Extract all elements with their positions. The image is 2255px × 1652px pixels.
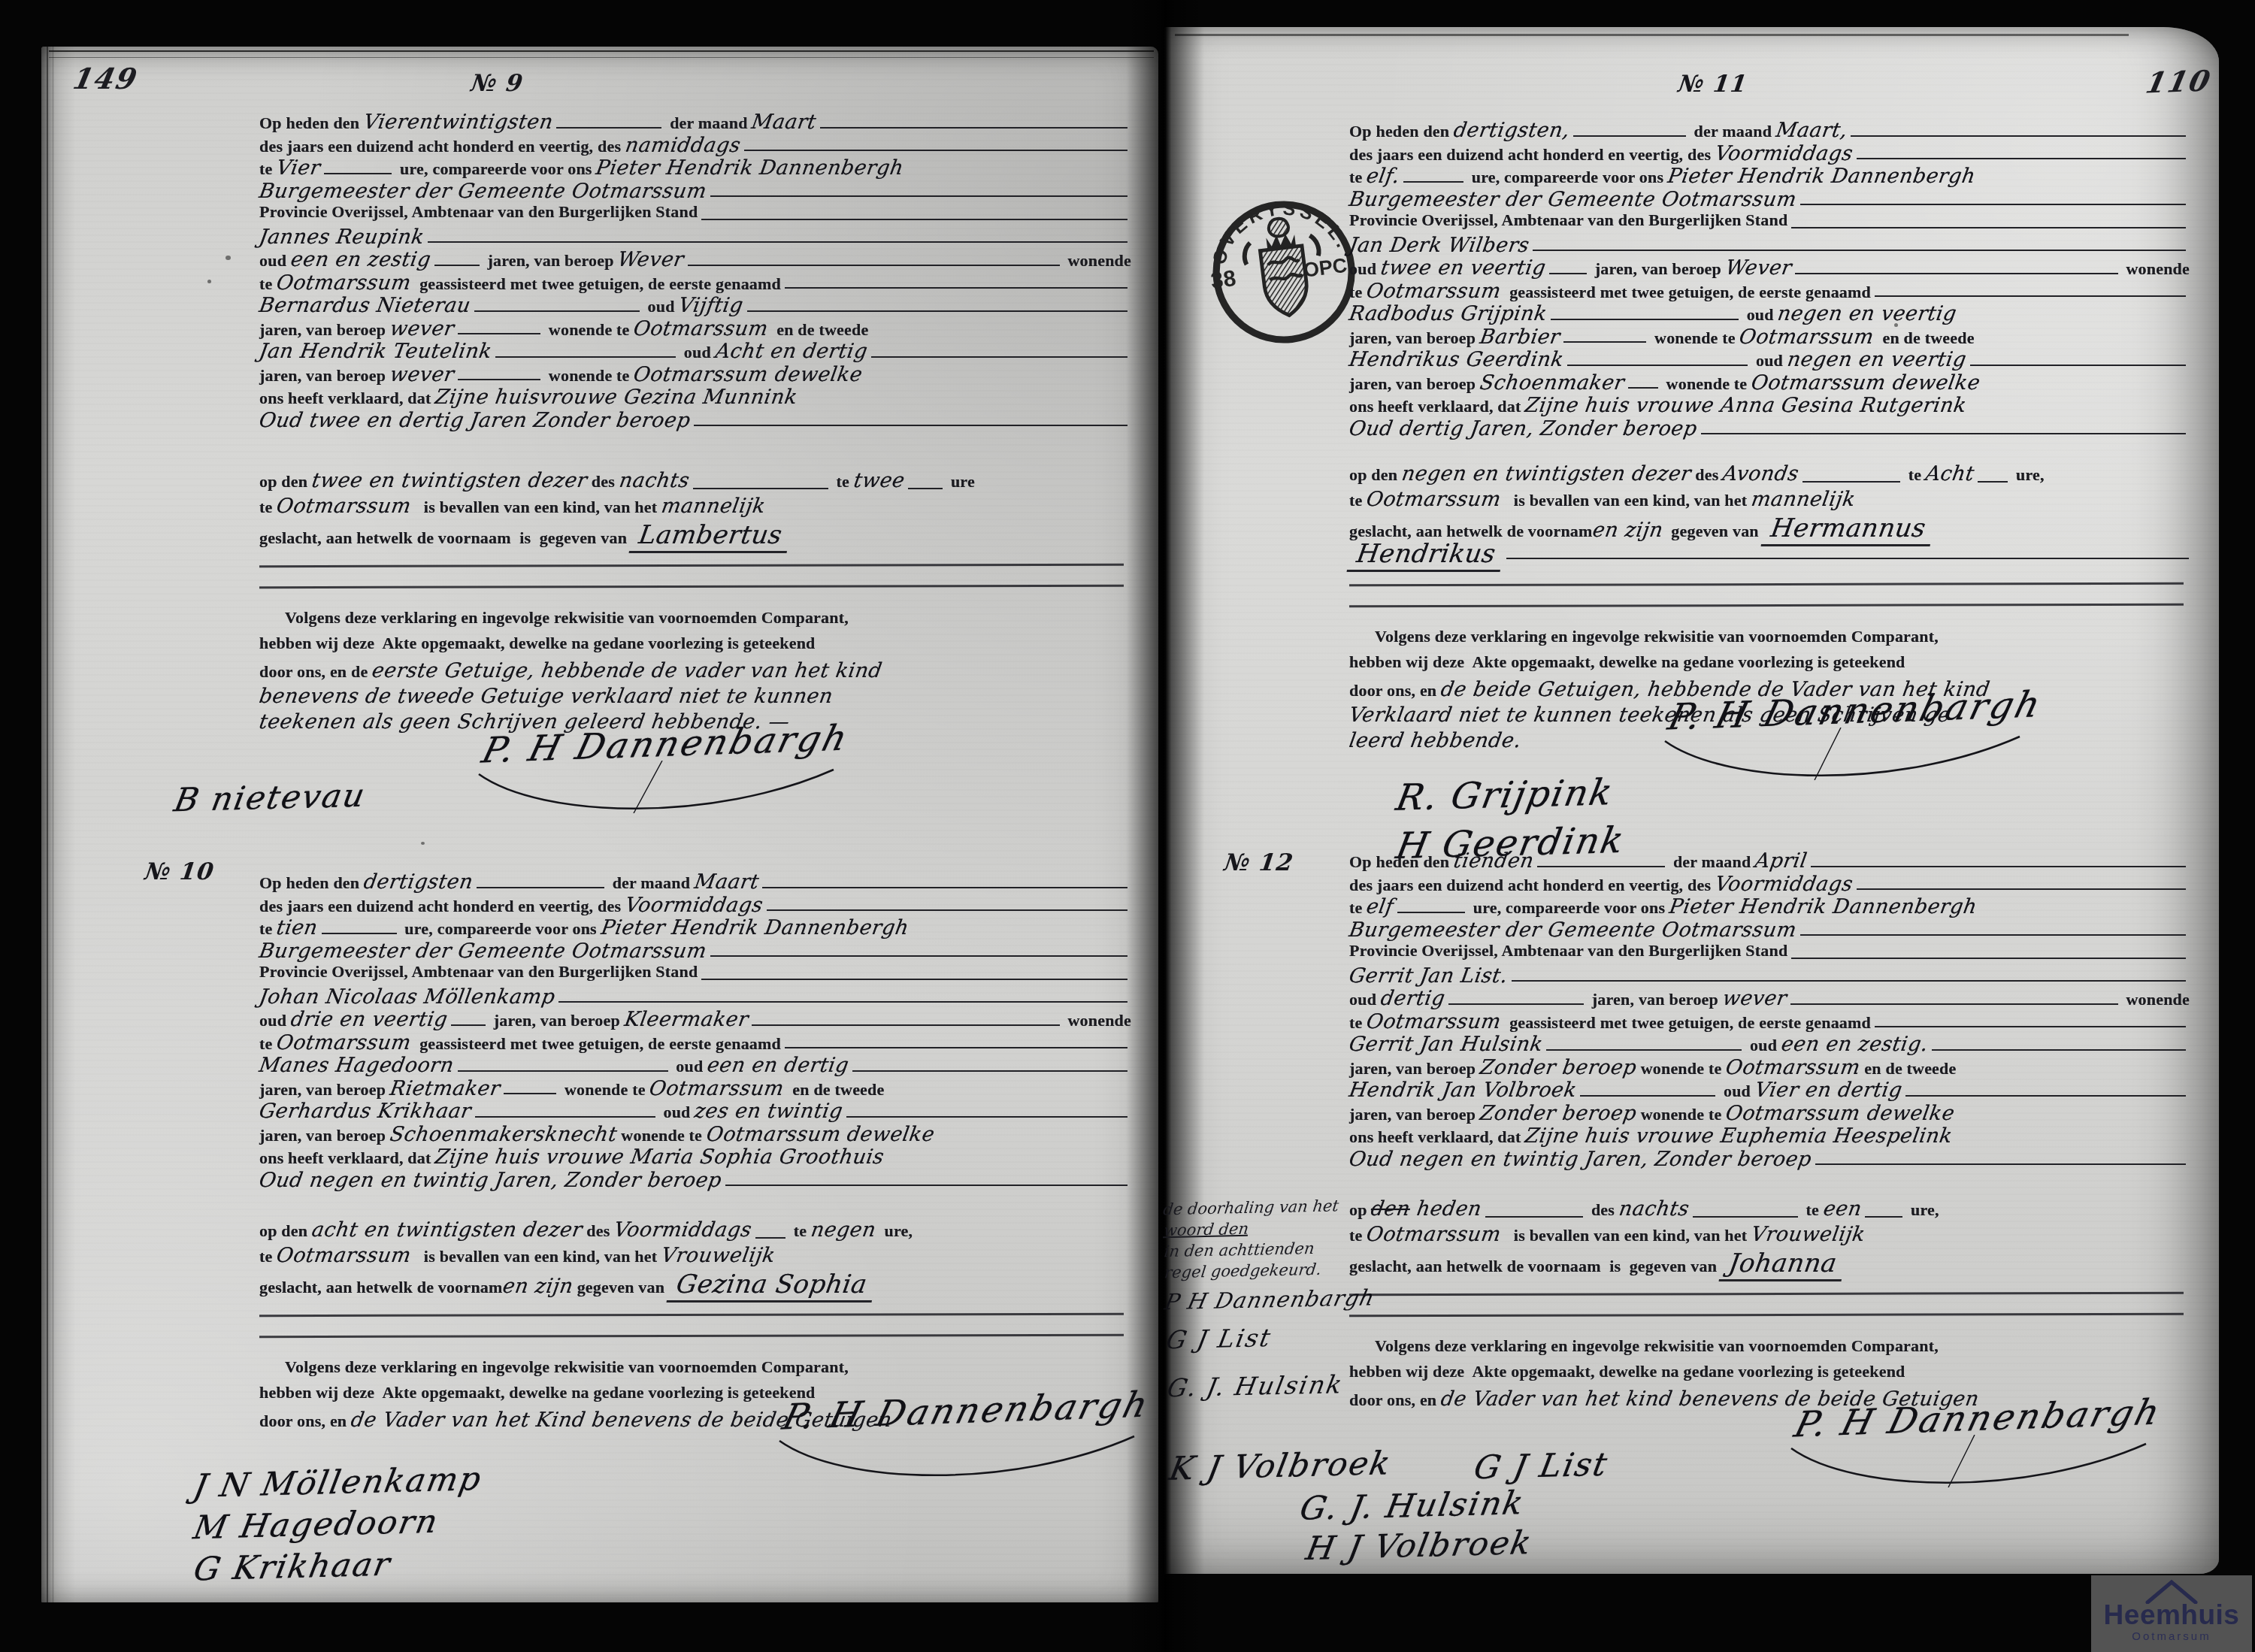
fill-rule-line xyxy=(477,887,604,888)
fill-rule-line xyxy=(434,265,480,266)
fill-rule-line xyxy=(1397,912,1465,913)
text-segment: Ootmarssum xyxy=(1365,488,1503,511)
text-segment: Zonder beroep xyxy=(1478,1102,1638,1125)
fill-rule-line xyxy=(1485,1216,1583,1218)
text-segment: een en zestig. xyxy=(1779,1033,1930,1056)
text-segment: des xyxy=(587,472,619,492)
fill-rule-line xyxy=(1800,204,2186,205)
birth-line: te Ootmarssum is bevallen van een kind, … xyxy=(1349,488,2193,513)
text-segment: ure, xyxy=(1906,1200,1939,1220)
fill-rule-line xyxy=(1563,341,1646,343)
text-segment: eerste Getuige, hebbende de vader van he… xyxy=(371,659,884,682)
text-segment: te xyxy=(832,472,854,492)
text-segment: Provincie Overijssel, Ambtenaar van den … xyxy=(1349,210,1787,230)
text-segment: dewelke xyxy=(1884,371,1981,395)
text-segment: des xyxy=(1587,1200,1619,1220)
text-segment: te xyxy=(1802,1200,1824,1220)
text-segment: Ootmarssum xyxy=(648,1077,785,1100)
fill-rule-line xyxy=(908,488,943,489)
dust-speck xyxy=(207,280,211,283)
act-line: Op heden den dertigsten der maand Maart xyxy=(259,870,1131,894)
signature-row: G Krikhaar xyxy=(195,1548,1135,1590)
text-segment: geassisteerd met twee getuigen, de eerst… xyxy=(411,274,781,294)
act-number: № 11 xyxy=(1676,71,1749,98)
text-segment: een xyxy=(1821,1197,1863,1221)
act-line: Gerhardus Krikhaar oud zes en twintig xyxy=(259,1100,1131,1123)
text-segment: Zonder beroep xyxy=(1478,1056,1638,1079)
text-segment: Pieter Hendrik Dannenbergh xyxy=(1666,165,1977,188)
text-segment: te xyxy=(259,159,277,179)
signature-row: G. J. Hulsink xyxy=(1301,1487,2193,1527)
text-segment: wonende te xyxy=(617,1126,707,1145)
text-segment: ons heeft verklaard, dat xyxy=(259,1148,435,1168)
text-segment: gegeven van xyxy=(573,1278,669,1297)
text-segment: jaren, van beroep xyxy=(259,1080,390,1100)
fill-rule-line xyxy=(744,150,1127,151)
text-segment: Maart, xyxy=(1774,119,1849,142)
birth-act-11: № 11 Op heden den dertigsten, der maand … xyxy=(1349,75,2193,870)
text-segment: negen en veertig xyxy=(1785,348,1968,371)
birth-act-12: № 12 Op heden den tienden der maand Apri… xyxy=(1349,849,2193,1567)
fill-rule-line xyxy=(1811,866,2186,867)
birth-line: op den negen en twintigsten dezer des Av… xyxy=(1349,462,2193,488)
text-segment: Ootmarssum xyxy=(275,1244,413,1267)
text-segment: Burgemeester der Gemeente Ootmarssum xyxy=(258,180,709,203)
text-segment: dewelke xyxy=(1858,1102,1956,1125)
text-segment: Maart xyxy=(750,110,819,134)
text-segment: oud xyxy=(672,1057,707,1076)
text-segment: wonende te xyxy=(544,366,634,386)
text-segment: te xyxy=(1349,283,1367,302)
text-segment: door ons, en xyxy=(1349,681,1441,700)
dust-speck xyxy=(225,256,231,260)
birth-act-9: № 9 Op heden den Vierentwintigsten der m… xyxy=(259,71,1135,821)
text-segment: Volgens deze verklaring en ingevolge rek… xyxy=(1375,627,1939,646)
fill-rule-line xyxy=(558,1001,1127,1003)
fill-rule-line xyxy=(428,241,1127,243)
watermark-subtitle: Ootmarsum xyxy=(2132,1630,2211,1643)
act-line: Burgemeester der Gemeente Ootmarssum xyxy=(1349,188,2190,211)
act-line: ons heeft verklaard, dat Zijne huisvrouw… xyxy=(259,386,1131,409)
separator-rule xyxy=(259,585,1124,588)
act-line: Gerrit Jan Hulsink oud een en zestig. xyxy=(1349,1033,2190,1056)
text-segment: geassisteerd met twee getuigen, de eerst… xyxy=(1501,283,1871,302)
act-line: Provincie Overijssel, Ambtenaar van den … xyxy=(1349,210,2190,234)
heemhuis-watermark: Heemhuis Ootmarsum xyxy=(2091,1575,2252,1652)
fill-rule-line xyxy=(694,425,1127,426)
text-segment: Pieter Hendrik Dannenbergh xyxy=(1667,895,1978,918)
text-segment: dertig xyxy=(1379,987,1446,1010)
stamp-right-text: OPC xyxy=(1302,254,1348,282)
signature: G. J. Hulsink xyxy=(1297,1484,1528,1528)
text-segment: Ootmarssum xyxy=(1365,280,1503,303)
fill-rule-line xyxy=(1791,227,2186,228)
text-segment: tien xyxy=(275,916,319,939)
text-segment: elf xyxy=(1365,895,1396,918)
text-segment: Wever xyxy=(1724,256,1793,280)
act-line: te elf. ure, compareerde voor ons Pieter… xyxy=(1349,165,2190,188)
official-signature: P. H Dannenbargh xyxy=(785,1390,1176,1480)
text-segment: Volgens deze verklaring en ingevolge rek… xyxy=(285,608,849,628)
text-segment: en de tweede xyxy=(1860,1059,1957,1079)
fill-rule-line xyxy=(556,127,661,129)
text-segment: der maand xyxy=(1669,852,1755,872)
text-segment: oud xyxy=(680,343,715,362)
closing-line: benevens de tweede Getuige verklaard nie… xyxy=(259,685,1135,710)
text-segment: Op heden den xyxy=(1349,852,1454,872)
text-segment: te xyxy=(259,919,277,939)
act-line: des jaars een duizend acht honderd en ve… xyxy=(259,894,1131,917)
text-segment: ons heeft verklaard, dat xyxy=(259,389,435,408)
text-segment: wonende te xyxy=(1662,374,1751,394)
signature: G. J. Hulsink xyxy=(1164,1369,1397,1411)
fill-rule-line xyxy=(688,265,1060,266)
text-segment: dertigsten, xyxy=(1451,119,1571,142)
text-segment: Gerrit Jan Hulsink xyxy=(1348,1033,1545,1056)
act-line: te Ootmarssum geassisteerd met twee getu… xyxy=(259,1031,1131,1054)
fill-rule-line xyxy=(1857,888,2186,890)
text-segment: dewelke xyxy=(839,1123,937,1146)
fill-rule-line xyxy=(710,195,1127,197)
closing-line: Volgens deze verklaring en ingevolge rek… xyxy=(259,1357,1135,1383)
text-segment: nachts xyxy=(1617,1197,1690,1221)
text-segment: Vijftig xyxy=(677,294,746,317)
text-segment: Kleermaker xyxy=(622,1008,750,1031)
text-segment: jaren, van beroep xyxy=(259,1126,390,1145)
birth-statement: op den negen en twintigsten dezer des Av… xyxy=(1349,462,2193,564)
signature: R. Grijpink xyxy=(1393,771,1617,818)
text-segment: zes en twintig xyxy=(693,1100,845,1123)
text-segment: Johan Nicolaas Möllenkamp xyxy=(258,985,557,1009)
text-segment: oud xyxy=(1349,990,1381,1009)
act-line: te Ootmarssum geassisteerd met twee getu… xyxy=(1349,280,2190,303)
signature: P. H Dannenbargh xyxy=(1664,683,2047,738)
fill-rule-line xyxy=(1865,1216,1902,1218)
fill-rule-line xyxy=(1790,1003,2118,1005)
act-line: te tien ure, compareerde voor ons Pieter… xyxy=(259,916,1131,939)
fill-rule-line xyxy=(458,333,540,334)
text-segment: te xyxy=(259,1034,277,1054)
fill-rule-line xyxy=(820,127,1127,129)
act-number: № 12 xyxy=(1222,849,1295,876)
fill-rule-line xyxy=(451,1024,486,1026)
signature: G Krikhaar xyxy=(191,1546,395,1589)
roof-icon xyxy=(2145,1578,2198,1604)
fill-rule-line xyxy=(475,1116,655,1118)
text-segment: wonende te xyxy=(1636,1105,1726,1124)
closing-line: door ons, en de eerste Getuige, hebbende… xyxy=(259,659,1135,685)
text-segment: Ootmarssum xyxy=(632,317,770,340)
birth-statement: op den acht en twintigsten dezer des Voo… xyxy=(259,1218,1135,1295)
act-line: Oud negen en twintig Jaren, Zonder beroe… xyxy=(259,1169,1131,1192)
margin-note-text: de doorhaling van hetwoord denin den ach… xyxy=(1163,1196,1390,1284)
text-segment: te xyxy=(259,1247,277,1266)
text-segment: Provincie Overijssel, Ambtenaar van den … xyxy=(259,962,698,982)
text-segment: wonende te xyxy=(560,1080,649,1100)
text-segment: te xyxy=(259,274,277,294)
text-segment: Schoenmaker xyxy=(1478,371,1626,395)
signature: B nietevau xyxy=(171,777,369,820)
birth-line: geslacht, aan hetwelk de voornamen zijn … xyxy=(1349,513,2193,539)
text-segment: Burgemeester der Gemeente Ootmarssum xyxy=(1348,188,1799,211)
text-segment: geassisteerd met twee getuigen, de eerst… xyxy=(411,1034,781,1054)
separator-rules xyxy=(1349,1293,2193,1316)
text-segment: wever xyxy=(388,317,456,340)
text-segment: ure, xyxy=(876,1221,913,1241)
act-line: Oud dertig Jaren, Zonder beroep xyxy=(1349,417,2190,440)
birth-act-10: № 10 Op heden den dertigsten der maand M… xyxy=(259,870,1135,1590)
text-segment: Radbodus Grijpink xyxy=(1348,302,1549,325)
fill-rule-line xyxy=(495,356,676,358)
text-segment: op den xyxy=(259,1221,312,1241)
text-segment: Ootmarssum xyxy=(275,1031,413,1054)
text-segment: Burgemeester der Gemeente Ootmarssum xyxy=(258,939,709,963)
fill-rule-line xyxy=(785,287,1127,289)
text-segment: Burgemeester der Gemeente Ootmarssum xyxy=(1348,918,1799,942)
text-segment: ure, compareerde voor ons xyxy=(1467,168,1668,187)
text-segment: oud xyxy=(1751,351,1787,371)
text-segment: geslacht, aan hetwelk de voornam xyxy=(259,1278,503,1297)
fill-rule-line xyxy=(1506,558,2189,559)
birth-line: geslacht, aan hetwelk de voornaam is geg… xyxy=(259,520,1135,546)
text-segment: wever xyxy=(388,363,456,386)
text-segment: hebben wij deze Akte opgemaakt, dewelke … xyxy=(259,634,816,653)
act-line: Oud twee en dertig Jaren Zonder beroep xyxy=(259,409,1131,432)
separator-rule xyxy=(259,1334,1124,1338)
text-segment: Volgens deze verklaring en ingevolge rek… xyxy=(1375,1336,1939,1356)
separator-rule xyxy=(1349,582,2184,586)
text-segment: Oud twee en dertig Jaren Zonder beroep xyxy=(258,409,692,432)
text-segment: Ootmarssum xyxy=(1750,371,1887,395)
text-segment: oud xyxy=(643,297,679,316)
text-segment: is bevallen van een kind, van het xyxy=(411,498,661,517)
text-segment: benevens de tweede Getuige verklaard nie… xyxy=(258,685,835,708)
text-segment: wonende te xyxy=(1636,1059,1726,1079)
fill-rule-line xyxy=(504,1093,556,1094)
fill-rule-line xyxy=(1403,181,1463,183)
fill-rule-line xyxy=(1905,1095,2186,1097)
fill-rule-line xyxy=(1857,158,2186,159)
separator-rules xyxy=(1349,583,2193,607)
act-line: Jannes Reupink xyxy=(259,225,1131,249)
act-line: Provincie Overijssel, Ambtenaar van den … xyxy=(259,962,1131,985)
stamp-left-text: 38 xyxy=(1209,266,1237,294)
signature: G J List xyxy=(1162,1321,1395,1363)
act-line: jaren, van beroep Zonder beroep wonende … xyxy=(1349,1102,2190,1125)
separator-rules xyxy=(259,564,1135,588)
act-line: Jan Derk Wilbers xyxy=(1349,234,2190,257)
fill-rule-line xyxy=(693,488,828,489)
text-segment: jaren, van beroep xyxy=(259,366,390,386)
text-segment: Oud negen en twintig Jaren, Zonder beroe… xyxy=(1348,1148,1814,1171)
text-segment: en de tweede xyxy=(768,320,869,340)
act-line: jaren, van beroep wever wonende te Ootma… xyxy=(259,363,1131,386)
fill-rule-line xyxy=(1512,980,2186,982)
text-segment: wever xyxy=(1721,987,1788,1010)
signature: P H Dannenbargh xyxy=(1162,1284,1394,1315)
separator-rule xyxy=(1349,604,2184,607)
act-line: Jan Hendrik Teutelink oud Acht en dertig xyxy=(259,340,1131,363)
text-segment: des jaars een duizend acht honderd en ve… xyxy=(259,897,625,916)
text-segment: en de tweede xyxy=(1874,328,1975,348)
fill-rule-line xyxy=(725,1185,1127,1186)
text-segment: Jan Derk Wilbers xyxy=(1348,234,1531,257)
text-segment: Schoenmakersknecht xyxy=(388,1123,619,1146)
text-segment: jaren, van beroep xyxy=(1349,328,1480,348)
fill-rule-line xyxy=(846,1116,1127,1118)
act-line: Burgemeester der Gemeente Ootmarssum xyxy=(259,939,1131,963)
signature: P. H Dannenbargh xyxy=(1790,1392,2166,1446)
text-segment: Vrouwelijk xyxy=(659,1244,776,1267)
birth-statement: op den heden des nachts te een ure,te Oo… xyxy=(1349,1197,2193,1274)
text-segment: negen en twintigsten dezer xyxy=(1400,462,1693,486)
text-segment: twee en twintigsten dezer xyxy=(310,469,589,492)
text-segment: namiddags xyxy=(623,134,742,157)
separator-rule xyxy=(259,564,1124,567)
text-segment: twee en veertig xyxy=(1379,256,1547,280)
closing-statement: Volgens deze verklaring en ingevolge rek… xyxy=(259,608,1135,736)
signature: G J List xyxy=(1471,1446,1612,1487)
text-segment: door ons, en xyxy=(259,1411,351,1431)
fill-rule-line xyxy=(1802,481,1900,483)
text-segment: des xyxy=(1691,465,1724,485)
margin-note-signatures: G J ListG. J. Hulsink xyxy=(1166,1321,1393,1411)
text-segment: Zijne huis vrouwe Maria Sophia Groothuis xyxy=(434,1145,886,1169)
dust-speck xyxy=(421,842,425,845)
text-segment: op den xyxy=(1349,465,1402,485)
text-segment: wonende xyxy=(2122,990,2190,1009)
text-segment: oud xyxy=(1349,259,1381,279)
birth-line: te Ootmarssum is bevallen van een kind, … xyxy=(259,495,1135,520)
text-segment: jaren, van beroep xyxy=(483,251,619,271)
text-segment: Provincie Overijssel, Ambtenaar van den … xyxy=(259,202,698,222)
act-body: Op heden den dertigsten, der maand Maart… xyxy=(1349,119,2190,440)
text-segment: leerd hebbende. xyxy=(1348,729,1523,752)
fill-rule-line xyxy=(1851,135,2186,137)
text-segment: drie en veertig xyxy=(289,1008,449,1031)
margin-note-line: regel goedgekeurd. xyxy=(1163,1259,1391,1284)
text-segment: wonende te xyxy=(1650,328,1739,348)
text-segment: Acht en dertig xyxy=(713,340,869,363)
text-segment: Zijne huis vrouwe Euphemia Heespelink xyxy=(1524,1124,1954,1148)
text-segment: hebben wij deze Akte opgemaakt, dewelke … xyxy=(259,1383,816,1402)
fill-rule-line xyxy=(852,1070,1127,1072)
official-signature: P. H Dannenbargh xyxy=(1671,690,2062,780)
act-line: Johan Nicolaas Möllenkamp xyxy=(259,985,1131,1009)
text-segment: wonende te xyxy=(544,320,634,340)
text-segment: is bevallen van een kind, van het xyxy=(1501,1226,1751,1245)
watermark-title: Heemhuis xyxy=(2104,1601,2240,1629)
text-segment: Ootmarssum xyxy=(1724,1102,1862,1125)
text-segment: hebben wij deze Akte opgemaakt, dewelke … xyxy=(1349,1362,1905,1381)
text-segment: Avonds xyxy=(1721,462,1801,486)
text-segment: is bevallen van een kind, van het xyxy=(411,1247,661,1266)
text-segment: wonende xyxy=(1064,1011,1131,1030)
birth-line: geslacht, aan hetwelk de voornamen zijn … xyxy=(259,1269,1135,1295)
text-segment: dertigsten xyxy=(362,870,474,894)
text-segment: negen xyxy=(810,1218,878,1242)
closing-line: hebben wij deze Akte opgemaakt, dewelke … xyxy=(259,634,1135,659)
text-segment: Manes Hagedoorn xyxy=(258,1054,456,1077)
act-body: Op heden den tienden der maand Aprildes … xyxy=(1349,849,2190,1170)
text-segment: April xyxy=(1754,849,1809,873)
signature: P. H Dannenbargh xyxy=(779,1384,1155,1439)
text-segment: Hermannus xyxy=(1760,513,1935,546)
fill-rule-line xyxy=(1551,319,1739,320)
fill-rule-line xyxy=(762,887,1127,888)
fill-rule-line xyxy=(458,379,540,380)
signature-row: R. Grijpink xyxy=(1397,774,2193,822)
birth-line: geslacht, aan hetwelk de voornaam is geg… xyxy=(1349,1248,2193,1274)
act-number: № 10 xyxy=(143,858,216,885)
act-line: te Ootmarssum geassisteerd met twee getu… xyxy=(1349,1010,2190,1033)
fill-rule-line xyxy=(752,1024,1060,1026)
closing-line: Volgens deze verklaring en ingevolge rek… xyxy=(1349,1336,2193,1362)
act-line: jaren, van beroep Schoenmaker wonende te… xyxy=(1349,371,2190,395)
act-line: te Vier ure, compareerde voor ons Pieter… xyxy=(259,156,1131,180)
text-segment: Op heden den xyxy=(1349,122,1454,141)
fill-rule-line xyxy=(785,1047,1127,1048)
text-segment: geassisteerd met twee getuigen, de eerst… xyxy=(1501,1013,1871,1033)
text-segment: Voormiddags xyxy=(613,1218,754,1242)
text-segment: Oud negen en twintig Jaren, Zonder beroe… xyxy=(258,1169,724,1192)
text-segment: negen en veertig xyxy=(1776,302,1959,325)
act-line: Bernardus Nieterau oud Vijftig xyxy=(259,294,1131,317)
text-segment: tienden xyxy=(1451,849,1535,873)
fill-rule-line xyxy=(1693,1216,1798,1218)
text-segment: oud xyxy=(659,1103,695,1122)
closing-line: Volgens deze verklaring en ingevolge rek… xyxy=(1349,627,2193,652)
text-segment: Vier xyxy=(275,156,322,180)
text-segment: Voormiddags xyxy=(1713,142,1854,165)
act-line: Op heden den Vierentwintigsten der maand… xyxy=(259,110,1131,134)
act-line: jaren, van beroep Rietmaker wonende te O… xyxy=(259,1077,1131,1100)
fill-rule-line xyxy=(755,1237,785,1239)
act-line: Oud negen en twintig Jaren, Zonder beroe… xyxy=(1349,1148,2190,1171)
fill-rule-line xyxy=(1533,250,2186,251)
text-segment: Vierentwintigsten xyxy=(362,110,554,134)
text-segment: heden xyxy=(1409,1197,1484,1221)
act-line: jaren, van beroep wever wonende te Ootma… xyxy=(259,317,1131,340)
text-segment: op den xyxy=(259,472,312,492)
signature: K J Volbroek xyxy=(1167,1445,1395,1488)
fill-rule-line xyxy=(1567,365,1748,366)
act-line: oud dertig jaren, van beroep wever wonen… xyxy=(1349,987,2190,1010)
act-line: Provincie Overijssel, Ambtenaar van den … xyxy=(259,202,1131,225)
text-segment: gegeven van xyxy=(1663,522,1763,541)
overijssel-revenue-stamp: OVERYSSEL. 38 OPC xyxy=(1200,186,1368,358)
fill-rule-line xyxy=(1932,1049,2186,1051)
text-segment: Gezina Sophia xyxy=(666,1269,876,1303)
text-segment: een en dertig xyxy=(706,1054,851,1077)
fill-rule-line xyxy=(1448,1003,1584,1005)
fill-rule-line xyxy=(1546,1049,1742,1051)
scanned-register-spread: 149 110 OVERYSSEL. 38 OPC xyxy=(0,0,2255,1652)
fill-rule-line xyxy=(1795,273,2117,274)
act-line: Hendrik Jan Volbroek oud Vier en dertig xyxy=(1349,1079,2190,1102)
text-segment: Maart xyxy=(692,870,761,894)
text-segment: Barbier xyxy=(1478,325,1561,349)
text-segment: jaren, van beroep xyxy=(1591,259,1726,279)
text-segment: des jaars een duizend acht honderd en ve… xyxy=(259,137,625,156)
birth-line: op den acht en twintigsten dezer des Voo… xyxy=(259,1218,1135,1244)
fill-rule-line xyxy=(1580,1095,1715,1097)
text-segment: dewelke xyxy=(766,363,864,386)
text-segment: wonende xyxy=(2122,259,2190,279)
text-segment: en zijn xyxy=(501,1275,574,1298)
text-segment: twee xyxy=(852,469,906,492)
signature: M Hagedoorn xyxy=(190,1503,441,1547)
